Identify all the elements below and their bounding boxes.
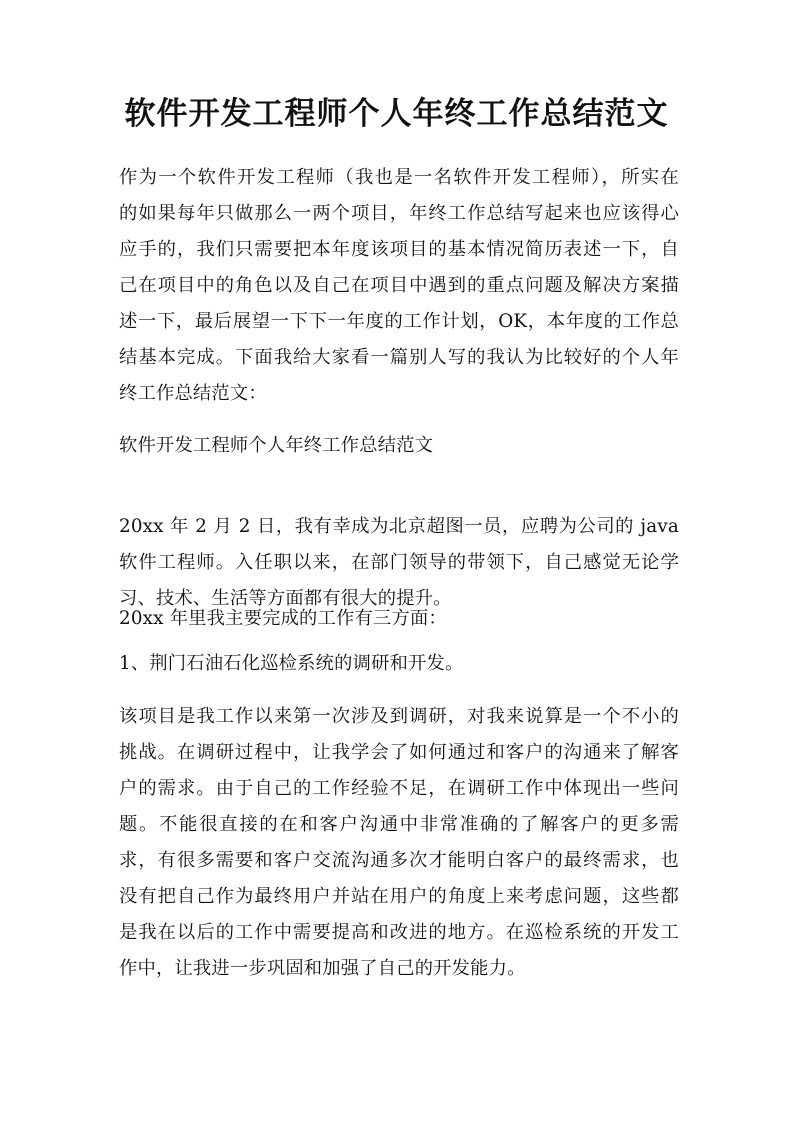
paragraph-line: 户的需求。由于自己的工作经验不足，在调研工作中体现出一些问	[119, 777, 679, 801]
document-title: 软件开发工程师个人年终工作总结范文	[0, 92, 793, 136]
paragraph-line: 应手的，我们只需要把本年度该项目的基本情况简历表述一下，自	[119, 238, 679, 262]
paragraph-line: 结基本完成。下面我给大家看一篇别人写的我认为比较好的个人年	[119, 346, 679, 370]
paragraph-line: 作中，让我进一步巩固和加强了自己的开发能力。	[119, 957, 679, 981]
paragraph-line: 作为一个软件开发工程师（我也是一名软件开发工程师），所实在	[119, 166, 679, 190]
paragraph-line: 终工作总结范文：	[119, 382, 679, 406]
document-page: 软件开发工程师个人年终工作总结范文 作为一个软件开发工程师（我也是一名软件开发工…	[0, 0, 793, 1122]
paragraph-line: 己在项目中的角色以及自己在项目中遇到的重点问题及解决方案描	[119, 274, 679, 298]
paragraph-3: 20xx 年里我主要完成的工作有三方面：	[119, 607, 679, 631]
paragraph-line: 该项目是我工作以来第一次涉及到调研，对我来说算是一个不小的	[119, 705, 679, 729]
paragraph-line: 软件工程师。入任职以来，在部门领导的带领下，自己感觉无论学	[119, 551, 679, 575]
paragraph-line: 述一下，最后展望一下下一年度的工作计划，OK，本年度的工作总	[119, 310, 679, 334]
paragraph-line: 的如果每年只做那么一两个项目，年终工作总结写起来也应该得心	[119, 202, 679, 226]
paragraph-line: 挑战。在调研过程中，让我学会了如何通过和客户的沟通来了解客	[119, 741, 679, 765]
section-subtitle: 软件开发工程师个人年终工作总结范文	[119, 434, 679, 458]
paragraph-line: 是我在以后的工作中需要提高和改进的地方。在巡检系统的开发工	[119, 921, 679, 945]
paragraph-line: 20xx 年 2 月 2 日，我有幸成为北京超图一员，应聘为公司的 java	[119, 515, 679, 539]
paragraph-line: 没有把自己作为最终用户并站在用户的角度上来考虑问题，这些都	[119, 885, 679, 909]
paragraph-line: 题。不能很直接的在和客户沟通中非常准确的了解客户的更多需	[119, 813, 679, 837]
list-item-1-heading: 1、荆门石油石化巡检系统的调研和开发。	[119, 652, 679, 676]
paragraph-line: 求，有很多需要和客户交流沟通多次才能明白客户的最终需求，也	[119, 849, 679, 873]
